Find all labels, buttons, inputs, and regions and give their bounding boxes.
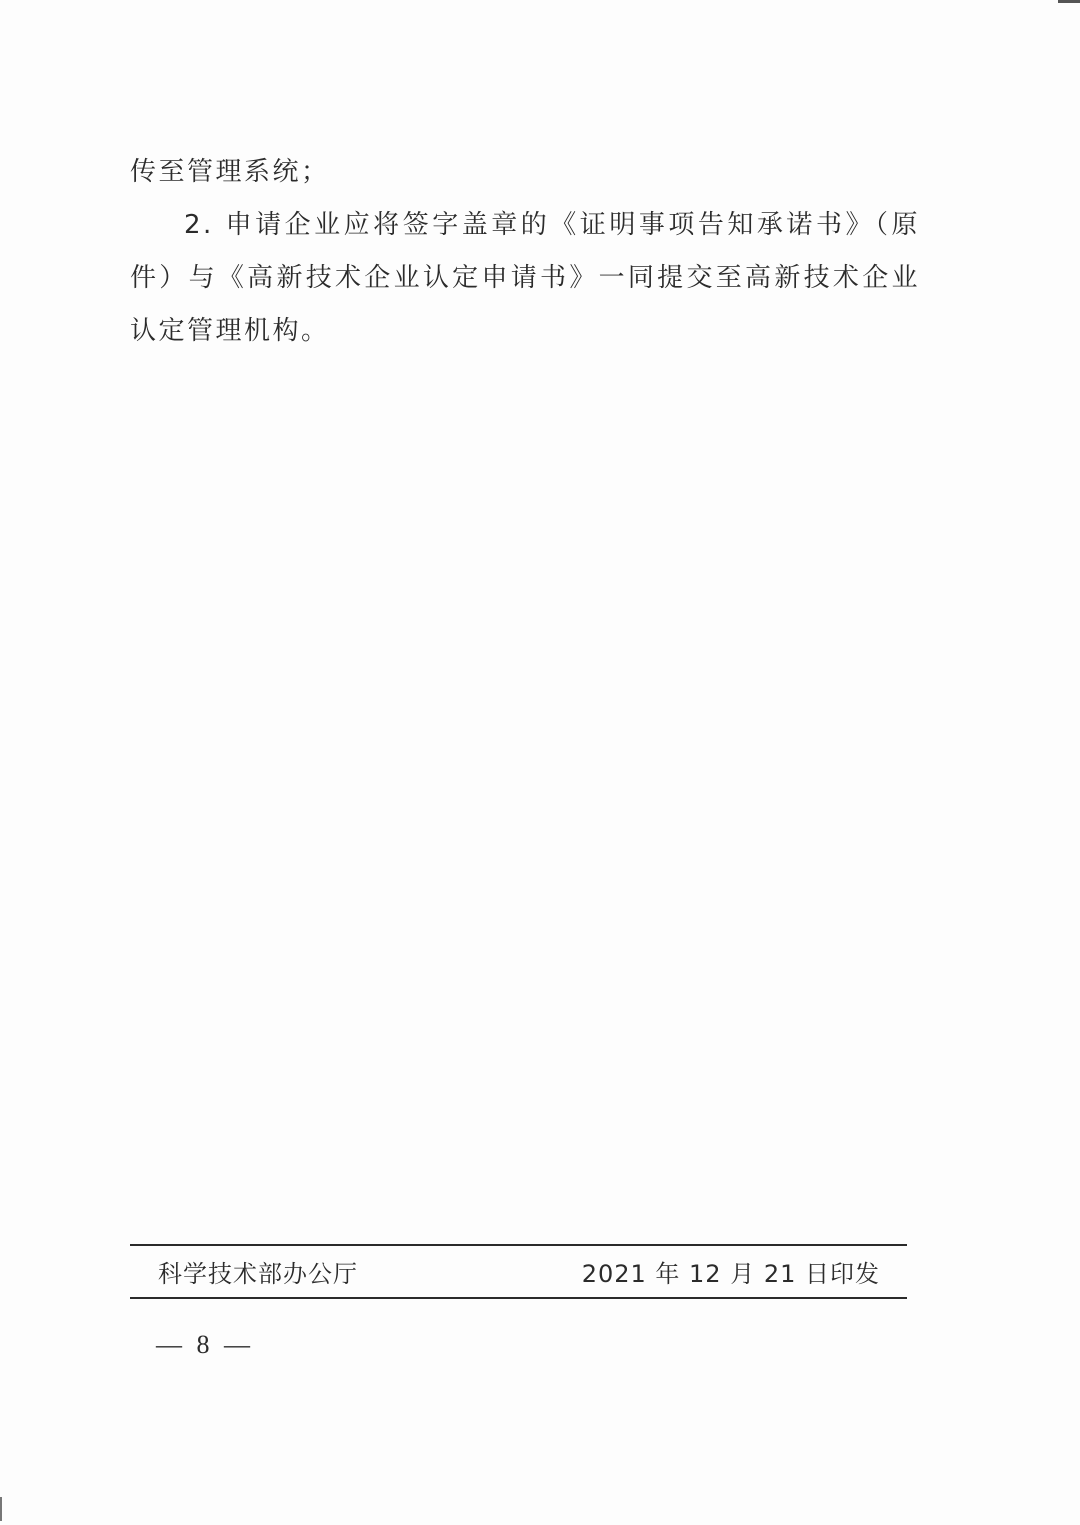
issue-date: 2021 年 12 月 21 日印发 — [582, 1254, 880, 1289]
issuer-label: 科学技术部办公厅 — [158, 1254, 358, 1289]
body-paragraph-item-2: 2. 申请企业应将签字盖章的《证明事项告知承诺书》（原件）与《高新技术企业认定申… — [130, 199, 920, 358]
scan-edge-mark — [0, 1497, 2, 1521]
scan-corner-mark — [1058, 0, 1080, 3]
footer-rule-bottom — [130, 1297, 907, 1299]
footer-rule-top — [130, 1244, 907, 1246]
page-number: — 8 — — [156, 1330, 254, 1360]
body-paragraph-continuation: 传至管理系统； — [130, 146, 920, 199]
